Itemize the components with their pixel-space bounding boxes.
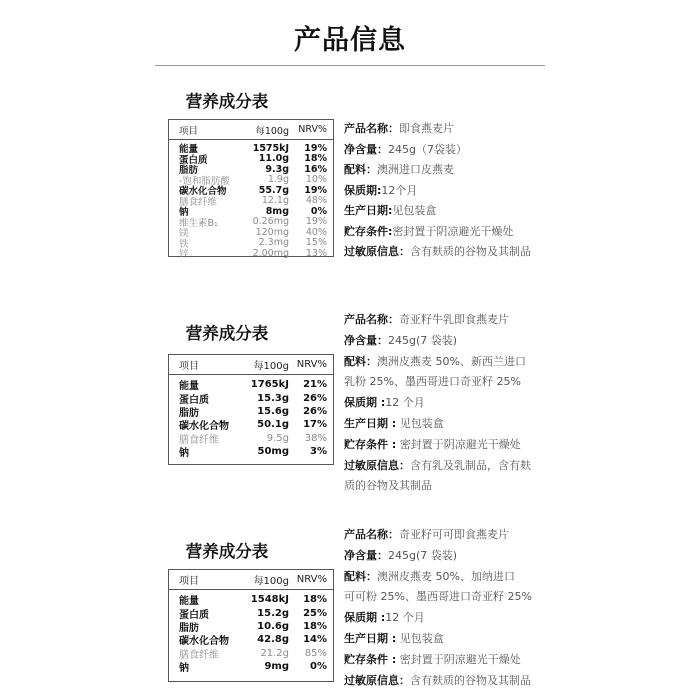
info-value: 245g（7袋装） [388, 143, 467, 156]
info-line: 质的谷物及其制品 [344, 476, 531, 497]
info-line: 配料：澳洲皮燕麦 50%、新西兰进口 [344, 352, 531, 373]
nutrient-nrv: 21% [289, 379, 327, 390]
nutrient-nrv: 48% [289, 195, 327, 206]
info-label: 过敏原信息： [344, 674, 410, 687]
nutrient-nrv: 19% [289, 143, 327, 154]
nutrient-amount: 15.2g [241, 608, 289, 619]
nutrient-amount: 42.8g [241, 634, 289, 645]
nutrient-amount: 11.0g [241, 153, 289, 164]
header-per-100g: 每100g [241, 357, 289, 372]
page-title: 产品信息 [0, 18, 700, 57]
info-label: 保质期 : [344, 396, 385, 409]
info-label: 配料： [344, 570, 377, 583]
info-value: 澳洲进口皮燕麦 [377, 163, 454, 176]
nutrient-nrv: 18% [289, 621, 327, 632]
info-label: 产品名称： [344, 122, 399, 135]
info-value: 245g(7 袋装) [388, 549, 457, 562]
info-value: 密封置于阴凉避光干燥处 [392, 225, 513, 238]
nutrient-amount: 9.3g [241, 164, 289, 175]
nutrient-amount: 1765kJ [241, 379, 289, 390]
nutrient-nrv: 26% [289, 406, 327, 417]
nutrient-nrv: 13% [289, 248, 327, 259]
info-value: 12 个月 [385, 396, 425, 409]
info-line: 过敏原信息：含有麸质的谷物及其制品 [344, 671, 532, 692]
info-value: 含有麸质的谷物及其制品 [410, 674, 531, 687]
info-label: 生产日期: [344, 204, 392, 217]
nutrient-nrv: 15% [289, 237, 327, 248]
product-info-3: 产品名称：奇亚籽可可即食燕麦片净含量：245g(7 袋装)配料：澳洲皮燕麦 50… [344, 525, 532, 691]
header-nrv: NRV% [289, 359, 327, 370]
table-row: 钠9mg0% [179, 660, 327, 673]
info-label: 保质期 : [344, 611, 385, 624]
header-per-100g: 每100g [241, 572, 289, 587]
info-label: 过敏原信息： [344, 245, 410, 258]
table-row: 蛋白质15.2g25% [179, 606, 327, 619]
info-line: 生产日期:见包装盒 [344, 201, 531, 222]
info-value: 奇亚籽牛乳即食燕麦片 [399, 313, 509, 326]
nutrient-amount: 12.1g [241, 195, 289, 206]
info-line: 可可粉 25%、墨西哥进口奇亚籽 25% [344, 587, 532, 608]
nutrient-amount: 50mg [241, 446, 289, 457]
nutrient-nrv: 3% [289, 446, 327, 457]
info-line: 配料：澳洲进口皮燕麦 [344, 160, 531, 181]
nutrient-amount: 2.00mg [241, 248, 289, 259]
nutrient-amount: 15.6g [241, 406, 289, 417]
info-value: 245g(7 袋装) [388, 334, 457, 347]
nutrient-name: 锌 [179, 246, 241, 260]
nutrient-nrv: 0% [289, 661, 327, 672]
table-row: 碳水化合物50.1g17% [179, 418, 327, 431]
info-line: 净含量：245g(7 袋装) [344, 331, 531, 352]
info-label: 贮存条件: [344, 225, 392, 238]
info-value: 见包装盒 [396, 632, 444, 645]
table-header: 项目每100gNRV% [169, 570, 333, 590]
info-line: 过敏原信息：含有乳及乳制品，含有麸 [344, 456, 531, 477]
section-title-product-2: 营养成分表 [168, 320, 286, 344]
table-row: 钠50mg3% [179, 445, 327, 458]
nutrient-amount: 1548kJ [241, 594, 289, 605]
nutrient-nrv: 18% [289, 153, 327, 164]
table-row: 碳水化合物42.8g14% [179, 633, 327, 646]
info-value: 奇亚籽可可即食燕麦片 [399, 528, 509, 541]
header-item: 项目 [179, 357, 241, 372]
info-value: 即食燕麦片 [399, 122, 454, 135]
nutrient-nrv: 38% [289, 433, 327, 444]
table-header: 项目每100gNRV% [169, 355, 333, 375]
info-label: 产品名称： [344, 313, 399, 326]
table-row: 能量1548kJ18% [179, 593, 327, 606]
info-value: 质的谷物及其制品 [344, 479, 432, 492]
nutrient-amount: 15.3g [241, 393, 289, 404]
info-line: 贮存条件 : 密封置于阴凉避光干燥处 [344, 435, 531, 456]
nutrition-table-product-2: 项目每100gNRV%能量1765kJ21%蛋白质15.3g26%脂肪15.6g… [168, 354, 334, 465]
info-label: 生产日期 : [344, 632, 396, 645]
table-row: 锌2.00mg13% [179, 248, 327, 259]
table-header: 项目每100gNRV% [169, 120, 333, 140]
info-label: 过敏原信息： [344, 459, 410, 472]
nutrient-amount: 1575kJ [241, 143, 289, 154]
table-row: 能量1765kJ21% [179, 378, 327, 391]
nutrient-amount: 10.6g [241, 621, 289, 632]
info-value: 澳洲皮燕麦 50%、新西兰进口 [377, 355, 526, 368]
nutrient-amount: 0.26mg [241, 216, 289, 227]
table-row: 蛋白质15.3g26% [179, 391, 327, 404]
nutrient-nrv: 85% [289, 648, 327, 659]
table-row: 膳食纤维9.5g38% [179, 432, 327, 445]
info-label: 保质期: [344, 184, 381, 197]
info-label: 贮存条件 : [344, 653, 396, 666]
section-title-product-3: 营养成分表 [168, 538, 286, 562]
info-label: 配料： [344, 163, 377, 176]
info-value: 乳粉 25%、墨西哥进口奇亚籽 25% [344, 375, 521, 388]
nutrient-nrv: 25% [289, 608, 327, 619]
info-value: 12个月 [381, 184, 417, 197]
info-label: 生产日期 : [344, 417, 396, 430]
info-line: 产品名称：奇亚籽牛乳即食燕麦片 [344, 310, 531, 331]
section-title-product-1: 营养成分表 [168, 88, 286, 112]
nutrient-amount: 50.1g [241, 419, 289, 430]
info-label: 净含量： [344, 549, 388, 562]
nutrient-amount: 21.2g [241, 648, 289, 659]
info-label: 配料： [344, 355, 377, 368]
info-value: 含有乳及乳制品，含有麸 [410, 459, 531, 472]
header-nrv: NRV% [289, 574, 327, 585]
nutrient-nrv: 10% [289, 174, 327, 185]
info-line: 生产日期 : 见包装盒 [344, 629, 532, 650]
product-info-1: 产品名称：即食燕麦片净含量：245g（7袋装）配料：澳洲进口皮燕麦保质期:12个… [344, 119, 531, 263]
nutrient-amount: 9.5g [241, 433, 289, 444]
nutrient-amount: 120mg [241, 227, 289, 238]
header-per-100g: 每100g [241, 123, 289, 137]
info-line: 净含量：245g（7袋装） [344, 140, 531, 161]
info-line: 保质期 :12 个月 [344, 608, 532, 629]
info-line: 过敏原信息：含有麸质的谷物及其制品 [344, 242, 531, 263]
info-line: 贮存条件 : 密封置于阴凉避光干燥处 [344, 650, 532, 671]
table-row: 脂肪15.6g26% [179, 405, 327, 418]
info-value: 澳洲皮燕麦 50%、加纳进口 [377, 570, 515, 583]
nutrient-nrv: 18% [289, 594, 327, 605]
nutrient-amount: 55.7g [241, 185, 289, 196]
title-divider [155, 65, 545, 66]
info-line: 乳粉 25%、墨西哥进口奇亚籽 25% [344, 372, 531, 393]
table-row: 脂肪10.6g18% [179, 620, 327, 633]
info-value: 含有麸质的谷物及其制品 [410, 245, 531, 258]
nutrition-table-product-3: 项目每100gNRV%能量1548kJ18%蛋白质15.2g25%脂肪10.6g… [168, 569, 334, 682]
nutrition-table-product-1: 项目每100gNRV%能量1575kJ19%蛋白质11.0g18%脂肪9.3g1… [168, 119, 334, 257]
header-item: 项目 [179, 123, 241, 137]
info-value: 12 个月 [385, 611, 425, 624]
nutrient-nrv: 40% [289, 227, 327, 238]
info-line: 产品名称：即食燕麦片 [344, 119, 531, 140]
nutrient-nrv: 19% [289, 185, 327, 196]
info-line: 贮存条件:密封置于阴凉避光干燥处 [344, 222, 531, 243]
nutrient-amount: 9mg [241, 661, 289, 672]
header-item: 项目 [179, 572, 241, 587]
table-row: 膳食纤维21.2g85% [179, 647, 327, 660]
info-value: 见包装盒 [396, 417, 444, 430]
info-label: 净含量： [344, 334, 388, 347]
info-value: 密封置于阴凉避光干燥处 [396, 438, 521, 451]
header-nrv: NRV% [289, 124, 327, 135]
nutrient-name: 钠 [179, 444, 241, 459]
info-value: 可可粉 25%、墨西哥进口奇亚籽 25% [344, 590, 532, 603]
product-info-2: 产品名称：奇亚籽牛乳即食燕麦片净含量：245g(7 袋装)配料：澳洲皮燕麦 50… [344, 310, 531, 497]
info-line: 配料：澳洲皮燕麦 50%、加纳进口 [344, 567, 532, 588]
nutrient-amount: 8mg [241, 206, 289, 217]
info-line: 保质期:12个月 [344, 181, 531, 202]
nutrient-nrv: 14% [289, 634, 327, 645]
nutrient-amount: 2.3mg [241, 237, 289, 248]
nutrient-nrv: 26% [289, 393, 327, 404]
nutrient-nrv: 16% [289, 164, 327, 175]
nutrient-name: 钠 [179, 659, 241, 674]
info-label: 产品名称： [344, 528, 399, 541]
nutrient-nrv: 0% [289, 206, 327, 217]
info-line: 生产日期 : 见包装盒 [344, 414, 531, 435]
info-line: 净含量：245g(7 袋装) [344, 546, 532, 567]
info-label: 贮存条件 : [344, 438, 396, 451]
nutrient-nrv: 19% [289, 216, 327, 227]
info-line: 保质期 :12 个月 [344, 393, 531, 414]
nutrient-amount: 1.9g [241, 174, 289, 185]
nutrient-nrv: 17% [289, 419, 327, 430]
info-value: 密封置于阴凉避光干燥处 [396, 653, 521, 666]
info-label: 净含量： [344, 143, 388, 156]
info-value: 见包装盒 [392, 204, 436, 217]
info-line: 产品名称：奇亚籽可可即食燕麦片 [344, 525, 532, 546]
